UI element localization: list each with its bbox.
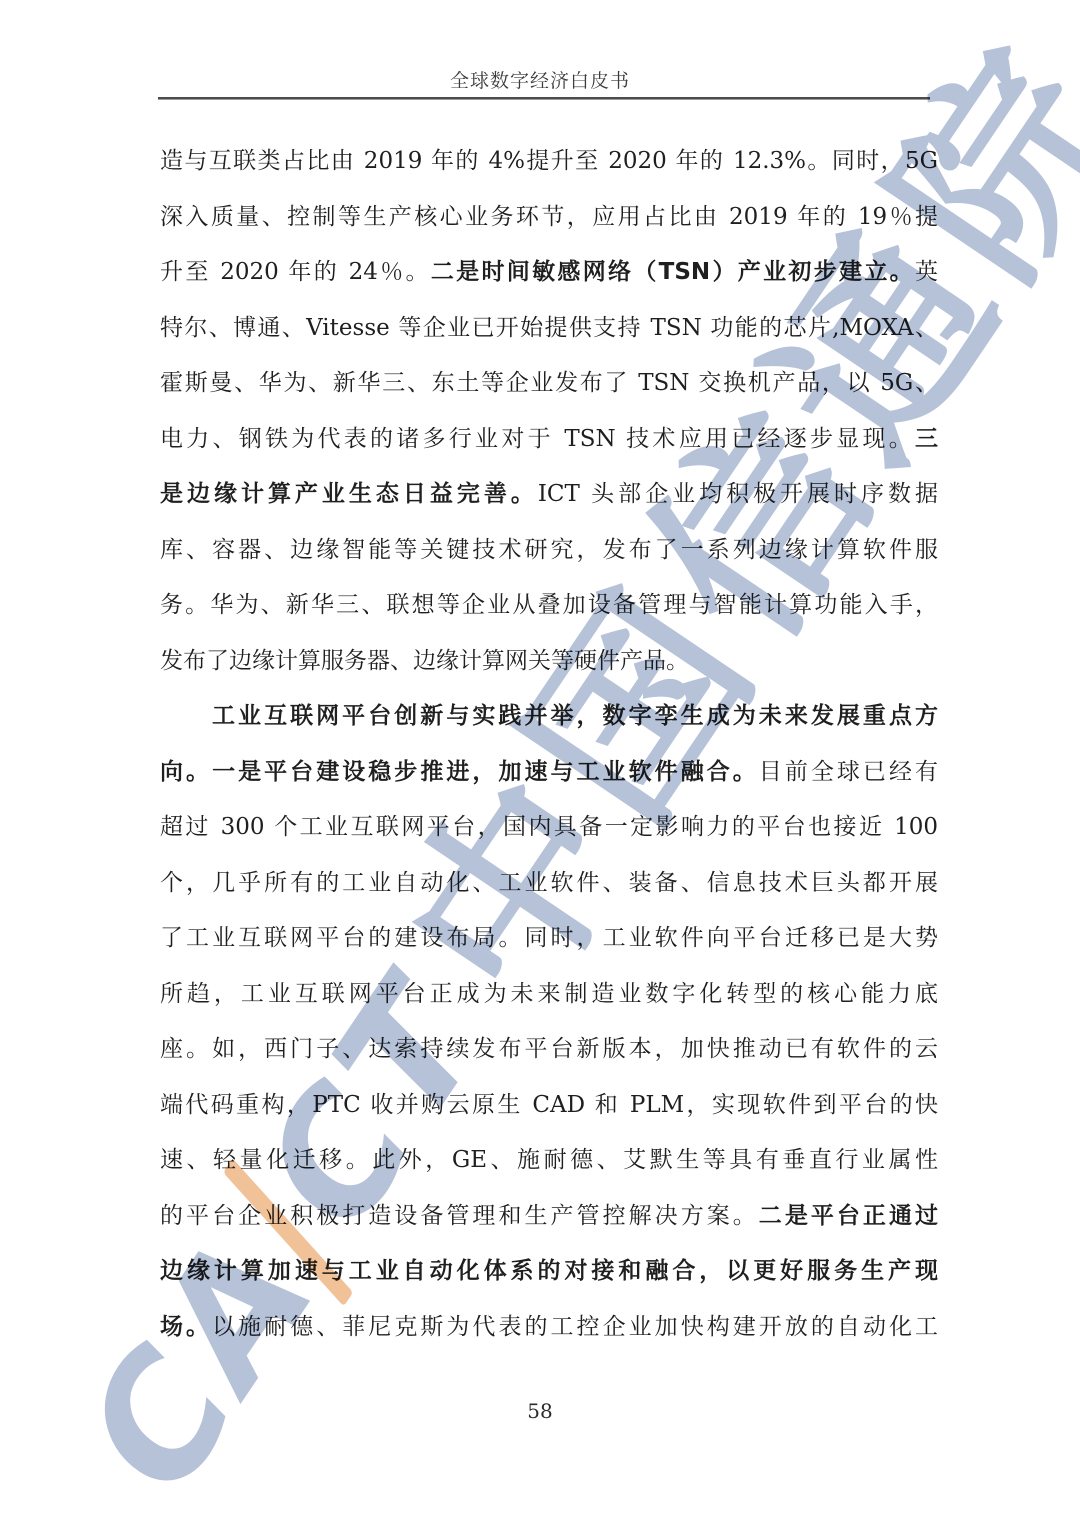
bold-text-segment: 向。一是平台建设稳步推进，加速与工业软件融合。 (160, 759, 759, 785)
text-line: 特尔、博通、Vitesse 等企业已开始提供支持 TSN 功能的芯片,MOXA、 (160, 301, 938, 357)
text-line: 电力、钢铁为代表的诸多行业对于 TSN 技术应用已经逐步显现。三 (160, 412, 938, 468)
text-line: 边缘计算加速与工业自动化体系的对接和融合，以更好服务生产现 (160, 1244, 938, 1300)
document-page: 全球数字经济白皮书 造与互联类占比由 2019 年的 4%提升至 2020 年的… (0, 0, 1080, 1527)
bold-text-segment: 工业互联网平台创新与实践并举，数字孪生成为未来发展重点方 (212, 703, 938, 729)
text-segment: 目前全球已经有 (759, 759, 938, 785)
text-segment: 造与互联类占比由 2019 年的 4%提升至 2020 年的 12.3%。同时，… (160, 148, 938, 174)
text-segment: 座。如，西门子、达索持续发布平台新版本，加快推动已有软件的云 (160, 1036, 938, 1062)
page-header-title: 全球数字经济白皮书 (0, 66, 1080, 93)
body-text: 造与互联类占比由 2019 年的 4%提升至 2020 年的 12.3%。同时，… (160, 134, 938, 1355)
text-segment: 发布了边缘计算服务器、边缘计算网关等硬件产品。 (160, 648, 689, 674)
text-segment: 特尔、博通、Vitesse 等企业已开始提供支持 TSN 功能的芯片,MOXA、 (160, 315, 938, 341)
text-line: 是边缘计算产业生态日益完善。ICT 头部企业均积极开展时序数据 (160, 467, 938, 523)
text-segment: 端代码重构，PTC 收并购云原生 CAD 和 PLM，实现软件到平台的快 (160, 1092, 938, 1118)
bold-text-segment: 场。 (160, 1314, 212, 1340)
text-segment: 超过 300 个工业互联网平台，国内具备一定影响力的平台也接近 100 (160, 814, 938, 840)
text-segment: 电力、钢铁为代表的诸多行业对于 TSN 技术应用已经逐步显现。 (160, 426, 915, 452)
text-segment: 个，几乎所有的工业自动化、工业软件、装备、信息技术巨头都开展 (160, 870, 938, 896)
text-line: 霍斯曼、华为、新华三、东土等企业发布了 TSN 交换机产品，以 5G、 (160, 356, 938, 412)
text-line: 向。一是平台建设稳步推进，加速与工业软件融合。目前全球已经有 (160, 745, 938, 801)
text-line: 场。以施耐德、菲尼克斯为代表的工控企业加快构建开放的自动化工 (160, 1300, 938, 1356)
text-segment: 升至 2020 年的 24％。 (160, 259, 431, 285)
text-line: 工业互联网平台创新与实践并举，数字孪生成为未来发展重点方 (160, 689, 938, 745)
text-segment: 的平台企业积极打造设备管理和生产管控解决方案。 (160, 1203, 759, 1229)
text-line: 所趋，工业互联网平台正成为未来制造业数字化转型的核心能力底 (160, 967, 938, 1023)
text-segment: 所趋，工业互联网平台正成为未来制造业数字化转型的核心能力底 (160, 981, 938, 1007)
text-line: 发布了边缘计算服务器、边缘计算网关等硬件产品。 (160, 634, 938, 690)
text-segment: 霍斯曼、华为、新华三、东土等企业发布了 TSN 交换机产品，以 5G、 (160, 370, 938, 396)
text-line: 库、容器、边缘智能等关键技术研究，发布了一系列边缘计算软件服 (160, 523, 938, 579)
page-number: 58 (0, 1399, 1080, 1423)
text-line: 速、轻量化迁移。此外，GE、施耐德、艾默生等具有垂直行业属性 (160, 1133, 938, 1189)
bold-text-segment: 三 (915, 426, 938, 452)
header-rule (158, 97, 930, 100)
bold-text-segment: 是边缘计算产业生态日益完善。 (160, 481, 538, 507)
bold-text-segment: 二是平台正通过 (759, 1203, 938, 1229)
text-line: 端代码重构，PTC 收并购云原生 CAD 和 PLM，实现软件到平台的快 (160, 1078, 938, 1134)
text-segment: 以施耐德、菲尼克斯为代表的工控企业加快构建开放的自动化工 (212, 1314, 938, 1340)
bold-text-segment: 二是时间敏感网络（TSN）产业初步建立。 (431, 259, 915, 285)
text-segment: 深入质量、控制等生产核心业务环节，应用占比由 2019 年的 19％提 (160, 204, 938, 230)
bold-text-segment: 边缘计算加速与工业自动化体系的对接和融合，以更好服务生产现 (160, 1258, 938, 1284)
text-segment: 务。华为、新华三、联想等企业从叠加设备管理与智能计算功能入手， (160, 592, 938, 618)
text-line: 深入质量、控制等生产核心业务环节，应用占比由 2019 年的 19％提 (160, 190, 938, 246)
text-segment: 英 (915, 259, 938, 285)
text-line: 升至 2020 年的 24％。二是时间敏感网络（TSN）产业初步建立。英 (160, 245, 938, 301)
text-line: 超过 300 个工业互联网平台，国内具备一定影响力的平台也接近 100 (160, 800, 938, 856)
text-line: 的平台企业积极打造设备管理和生产管控解决方案。二是平台正通过 (160, 1189, 938, 1245)
text-segment: 库、容器、边缘智能等关键技术研究，发布了一系列边缘计算软件服 (160, 537, 938, 563)
text-segment: ICT 头部企业均积极开展时序数据 (538, 481, 938, 507)
text-line: 务。华为、新华三、联想等企业从叠加设备管理与智能计算功能入手， (160, 578, 938, 634)
text-line: 了工业互联网平台的建设布局。同时，工业软件向平台迁移已是大势 (160, 911, 938, 967)
text-line: 座。如，西门子、达索持续发布平台新版本，加快推动已有软件的云 (160, 1022, 938, 1078)
text-line: 造与互联类占比由 2019 年的 4%提升至 2020 年的 12.3%。同时，… (160, 134, 938, 190)
text-segment: 了工业互联网平台的建设布局。同时，工业软件向平台迁移已是大势 (160, 925, 938, 951)
text-line: 个，几乎所有的工业自动化、工业软件、装备、信息技术巨头都开展 (160, 856, 938, 912)
text-segment: 速、轻量化迁移。此外，GE、施耐德、艾默生等具有垂直行业属性 (160, 1147, 938, 1173)
